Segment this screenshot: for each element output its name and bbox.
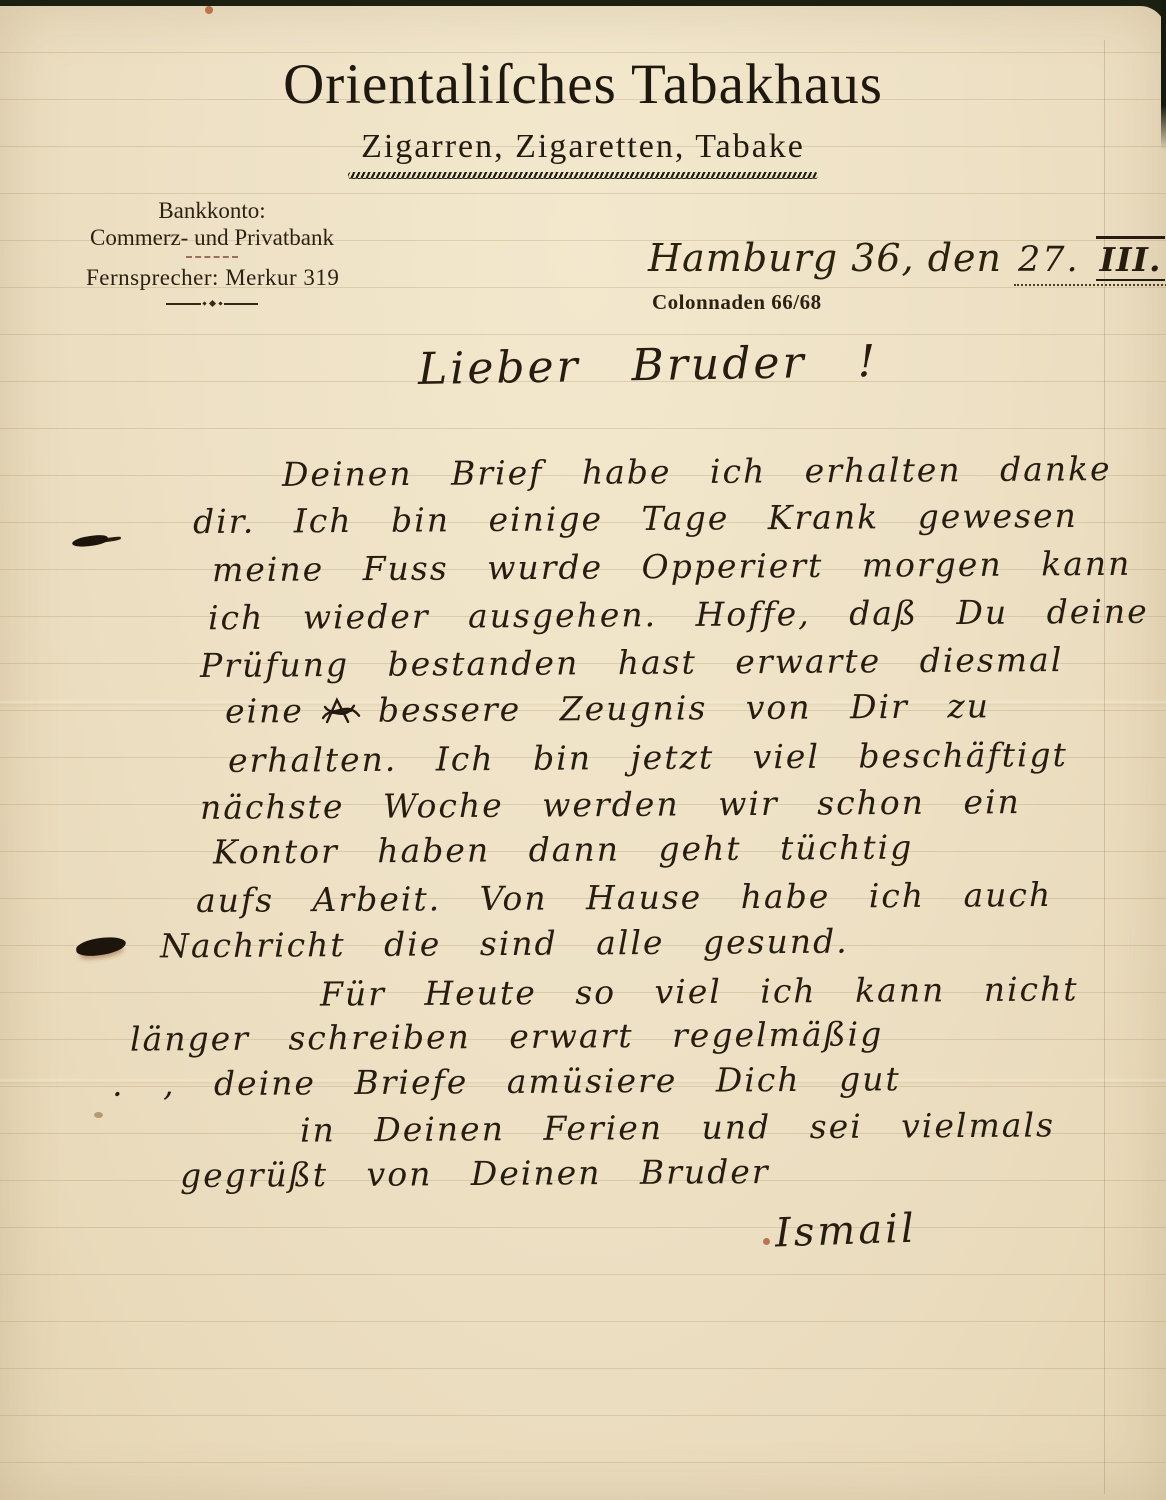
place-date-line: Hamburg 36, den 27. III. 192 2 — [648, 236, 1166, 286]
handwritten-line: Kontor haben dann geht tüchtig — [213, 828, 914, 872]
place-date-prefix: Hamburg 36, den — [648, 236, 1002, 280]
handwritten-line: dir. Ich bin einige Tage Krank gewesen — [193, 496, 1078, 541]
ornament-diamond-icon — [208, 300, 215, 307]
ornament-diamond-icon — [218, 302, 222, 306]
handwritten-line: meine Fuss wurde Opperiert morgen kann — [212, 544, 1132, 589]
scanned-letter-page: { "page": { "background_color": "#1b2010… — [0, 0, 1166, 1500]
handwritten-line: nächste Woche werden wir schon ein — [200, 782, 1021, 827]
salutation: Lieber Bruder ! — [418, 336, 879, 395]
signature: Ismail — [774, 1206, 917, 1257]
telephone-line: Fernsprecher: Merkur 319 — [86, 264, 338, 291]
ornament-divider — [166, 301, 258, 306]
paper-stain — [94, 1112, 103, 1118]
handwritten-line: Nachricht die sind alle gesund. — [160, 922, 849, 966]
paper-stain — [205, 6, 213, 14]
handwritten-line: gegrüßt von Deinen Bruder — [180, 1152, 770, 1195]
handwritten-line: länger schreiben erwart regelmäßig — [130, 1014, 884, 1058]
handwritten-line: erhalten. Ich bin jetzt viel beschäftigt — [228, 735, 1068, 780]
company-title: Orientaliſches Tabakhaus — [0, 56, 1166, 113]
handwritten-line: Für Heute so viel ich kann nicht — [320, 969, 1079, 1013]
date-fill-in: 27. III. — [1014, 236, 1166, 286]
handwritten-line: ich wieder ausgehen. Hoffe, daß Du deine — [208, 592, 1149, 638]
handwritten-day: 27. — [1018, 240, 1080, 280]
bank-account-label: Bankkonto: — [86, 197, 338, 224]
dashed-divider — [186, 256, 238, 258]
subtitle-underline-ornament — [348, 172, 818, 179]
ornament-bar — [224, 303, 259, 305]
handwritten-line: Prüfung bestanden hast erwarte diesmal — [200, 640, 1064, 685]
handwritten-month-roman: III. — [1096, 236, 1166, 281]
scribbled-out-word — [320, 696, 362, 726]
handwritten-line: aufs Arbeit. Von Hause habe ich auch — [196, 875, 1052, 920]
handwritten-line: . , deine Briefe amüsiere Dich gut — [112, 1059, 901, 1104]
bank-info-block: Bankkonto: Commerz- und Privatbank Ferns… — [86, 197, 338, 306]
ornament-bar — [166, 303, 201, 305]
handwritten-line: Deinen Brief habe ich erhalten danke — [282, 449, 1112, 494]
handwritten-line: in Deinen Ferien und sei vielmals — [300, 1105, 1055, 1149]
bank-name: Commerz- und Privatbank — [86, 224, 338, 251]
street-address: Colonnaden 66/68 — [652, 290, 822, 315]
handwritten-word: bessere Zeugnis von Dir zu — [378, 686, 990, 729]
company-subtitle: Zigarren, Zigaretten, Tabake — [0, 128, 1166, 165]
ornament-diamond-icon — [202, 302, 206, 306]
paper-stain — [763, 1238, 770, 1245]
handwritten-word: eine — [225, 691, 304, 731]
handwritten-line-with-strikethrough: eine bessere Zeugnis von Dir zu — [225, 686, 990, 730]
